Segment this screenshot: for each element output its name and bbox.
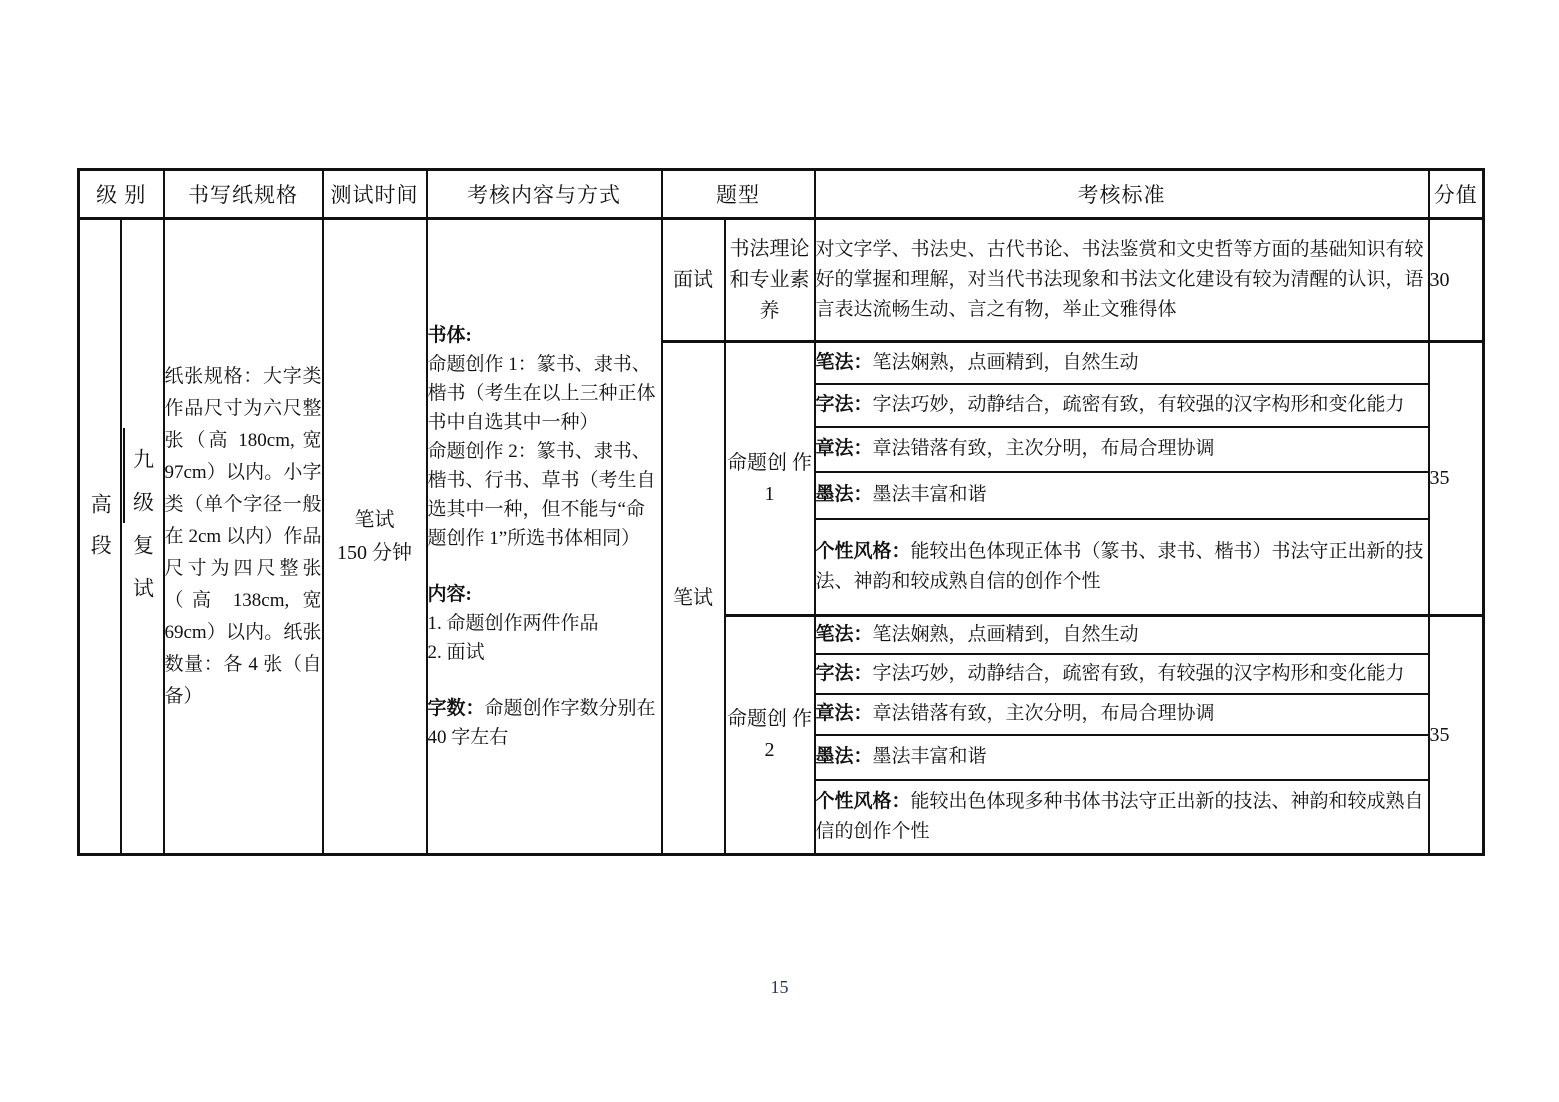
content-item-2: 2. 面试 — [428, 638, 661, 667]
cell-score-creation2: 35 — [1429, 616, 1484, 855]
cell-exam-mode-written: 笔试 — [662, 342, 725, 855]
criteria-label: 字法： — [816, 394, 873, 415]
criteria-label: 墨法： — [816, 484, 873, 505]
criteria-label: 墨法： — [816, 746, 873, 767]
content-style-label: 书体: — [428, 321, 661, 350]
test-time-duration: 150 分钟 — [324, 537, 426, 570]
page-number: 15 — [0, 977, 1559, 998]
criteria-label: 个性风格： — [816, 541, 911, 562]
criteria-label: 笔法： — [816, 624, 873, 645]
cell-test-time: 笔试 150 分钟 — [323, 219, 427, 855]
cell-criteria-c2-bifa: 笔法：笔法娴熟，点画精到，自然生动 — [815, 616, 1429, 654]
cell-criteria-c2-zifa: 字法：字法巧妙，动静结合，疏密有致，有较强的汉字构形和变化能力 — [815, 654, 1429, 694]
cell-qtype-theory: 书法理论和专业素养 — [725, 219, 815, 342]
criteria-text: 字法巧妙，动静结合，疏密有致，有较强的汉字构形和变化能力 — [873, 394, 1405, 415]
content-style-item-1: 命题创作 1：篆书、隶书、楷书（考生在以上三种正体书中自选其中一种） — [428, 350, 661, 437]
cell-level-stage: 高段 — [79, 219, 121, 855]
criteria-label: 笔法： — [816, 352, 873, 373]
header-criteria: 考核标准 — [815, 170, 1429, 219]
test-time-mode: 笔试 — [324, 504, 426, 537]
criteria-text: 章法错落有致，主次分明，布局合理协调 — [873, 703, 1215, 724]
content-style-item-2: 命题创作 2：篆书、隶书、楷书、行书、草书（考生自选其中一种，但不能与“命题创作… — [428, 437, 661, 553]
content-items-label: 内容: — [428, 580, 661, 609]
row-interview: 高段 九级复试 纸张规格：大字类作品尺寸为六尺整张（高 180cm, 宽 97c… — [79, 219, 1484, 342]
cell-level-grade: 九级复试 — [121, 219, 164, 855]
header-question-type: 题型 — [662, 170, 815, 219]
criteria-text: 墨法丰富和谐 — [873, 746, 987, 767]
cell-criteria-c1-mofa: 墨法：墨法丰富和谐 — [815, 472, 1429, 519]
table-header-row: 级 别 书写纸规格 测试时间 考核内容与方式 题型 考核标准 分值 — [79, 170, 1484, 219]
cell-paper-spec: 纸张规格：大字类作品尺寸为六尺整张（高 180cm, 宽 97cm）以内。小字类… — [164, 219, 323, 855]
cell-criteria-c2-zhangfa: 章法：章法错落有致，主次分明，布局合理协调 — [815, 694, 1429, 735]
double-line-mark — [123, 428, 125, 523]
document-page: 级 别 书写纸规格 测试时间 考核内容与方式 题型 考核标准 分值 高段 九级复… — [0, 0, 1559, 1102]
cell-criteria-c1-bifa: 笔法：笔法娴熟，点画精到，自然生动 — [815, 342, 1429, 384]
criteria-label: 字法： — [816, 663, 873, 684]
cell-qtype-creation1: 命题创 作 1 — [725, 342, 815, 616]
cell-exam-mode-interview: 面试 — [662, 219, 725, 342]
cell-content-method: 书体: 命题创作 1：篆书、隶书、楷书（考生在以上三种正体书中自选其中一种） 命… — [427, 219, 662, 855]
content-wordcount-label: 字数： — [428, 698, 485, 719]
criteria-text: 对文字学、书法史、古代书论、书法鉴赏和文史哲等方面的基础知识有较好的掌握和理解，… — [816, 239, 1424, 320]
cell-criteria-c2-style: 个性风格：能较出色体现多种书体书法守正出新的技法、神韵和较成熟自信的创作个性 — [815, 780, 1429, 855]
criteria-label: 章法： — [816, 438, 873, 459]
criteria-text: 笔法娴熟，点画精到，自然生动 — [873, 624, 1139, 645]
level-stage-label: 高段 — [89, 493, 110, 575]
criteria-label: 个性风格： — [816, 791, 911, 812]
cell-qtype-creation2: 命题创 作 2 — [725, 616, 815, 855]
header-score: 分值 — [1429, 170, 1484, 219]
cell-criteria-c1-zifa: 字法：字法巧妙，动静结合，疏密有致，有较强的汉字构形和变化能力 — [815, 384, 1429, 427]
criteria-text: 墨法丰富和谐 — [873, 484, 987, 505]
criteria-label: 章法： — [816, 703, 873, 724]
header-level: 级 别 — [79, 170, 164, 219]
criteria-text: 笔法娴熟，点画精到，自然生动 — [873, 352, 1139, 373]
criteria-text: 字法巧妙，动静结合，疏密有致，有较强的汉字构形和变化能力 — [873, 663, 1405, 684]
content-wordcount: 字数：命题创作字数分别在 40 字左右 — [428, 694, 661, 752]
level-grade-label: 九级复试 — [132, 448, 153, 620]
cell-criteria-c1-style: 个性风格：能较出色体现正体书（篆书、隶书、楷书）书法守正出新的技法、神韵和较成熟… — [815, 519, 1429, 616]
cell-criteria-c1-zhangfa: 章法：章法错落有致，主次分明，布局合理协调 — [815, 427, 1429, 472]
cell-criteria-c2-mofa: 墨法：墨法丰富和谐 — [815, 735, 1429, 780]
cell-criteria-theory: 对文字学、书法史、古代书论、书法鉴赏和文史哲等方面的基础知识有较好的掌握和理解，… — [815, 219, 1429, 342]
criteria-text: 章法错落有致，主次分明，布局合理协调 — [873, 438, 1215, 459]
header-paper-spec: 书写纸规格 — [164, 170, 323, 219]
cell-score-theory: 30 — [1429, 219, 1484, 342]
cell-score-creation1: 35 — [1429, 342, 1484, 616]
assessment-table: 级 别 书写纸规格 测试时间 考核内容与方式 题型 考核标准 分值 高段 九级复… — [77, 168, 1485, 856]
header-content-method: 考核内容与方式 — [427, 170, 662, 219]
content-item-1: 1. 命题创作两件作品 — [428, 609, 661, 638]
header-test-time: 测试时间 — [323, 170, 427, 219]
